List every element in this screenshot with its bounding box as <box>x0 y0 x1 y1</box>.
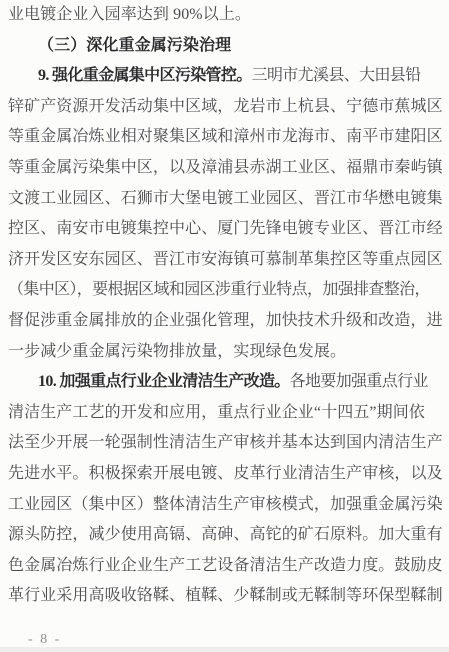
paragraph-9-lead-rest: 三明市尤溪县、大田县铅 <box>252 67 421 84</box>
paragraph-9-lead: 9. 强化重金属集中区污染管控。 <box>38 67 252 84</box>
footer-strip <box>0 647 449 652</box>
text-line: 督促涉重金属排放的企业强化管理，加快技术升级和改造，进 <box>8 306 442 337</box>
text-line: 济开发区安东园区、晋江市安海镇可慕制革集控区等重点园区 <box>8 245 442 276</box>
paragraph-10-lead-rest: 各地要加强重点行业 <box>290 373 428 390</box>
section-heading: （三）深化重金属污染治理 <box>8 31 442 62</box>
text-line: 控区、南安市电镀集控中心、厦门先锋电镀专业区、晋江市经 <box>8 214 442 245</box>
text-line: 一步减少重金属污染物排放量，实现绿色发展。 <box>8 337 442 368</box>
paragraph-9-first-line: 9. 强化重金属集中区污染管控。三明市尤溪县、大田县铅 <box>8 61 442 92</box>
body-text: 业电镀企业入园率达到 90%以上。 （三）深化重金属污染治理 9. 强化重金属集… <box>8 0 442 612</box>
text-line: 等重金属污染集中区，以及漳浦县赤湖工业区、福鼎市秦屿镇 <box>8 153 442 184</box>
text-line: 工业园区（集中区）整体清洁生产审核模式，加强重金属污染 <box>8 490 442 521</box>
text-line: 革行业采用高吸收铬鞣、植鞣、少鞣制或无鞣制等环保型鞣制 <box>8 581 442 612</box>
text-line-opening: 业电镀企业入园率达到 90%以上。 <box>8 0 442 31</box>
text-line: 清洁生产工艺的开发和应用，重点行业企业“十四五”期间依 <box>8 398 442 429</box>
text-line: 法至少开展一轮强制性清洁生产审核并基本达到国内清洁生产 <box>8 428 442 459</box>
text-line: （集中区），要根据区域和园区涉重行业特点，加强排查整治， <box>8 275 442 306</box>
text-line: 锌矿产资源开发活动集中区域，龙岩市上杭县、宁德市蕉城区 <box>8 92 442 123</box>
paragraph-10-lead: 10. 加强重点行业企业清洁生产改造。 <box>38 373 290 390</box>
text-line: 先进水平。积极探索开展电镀、皮革行业清洁生产审核，以及 <box>8 459 442 490</box>
paragraph-10-first-line: 10. 加强重点行业企业清洁生产改造。各地要加强重点行业 <box>8 367 442 398</box>
text-line: 源头防控，减少使用高镉、高砷、高铊的矿石原料。加大重有 <box>8 520 442 551</box>
text-line: 等重金属冶炼业相对聚集区域和漳州市龙海市、南平市建阳区 <box>8 122 442 153</box>
text-line: 色金属冶炼行业企业生产工艺设备清洁生产改造力度。鼓励皮 <box>8 551 442 582</box>
text-line: 文渡工业园区、石狮市大堡电镀工业园区、晋江市华懋电镀集 <box>8 184 442 215</box>
document-page: 业电镀企业入园率达到 90%以上。 （三）深化重金属污染治理 9. 强化重金属集… <box>0 0 449 652</box>
